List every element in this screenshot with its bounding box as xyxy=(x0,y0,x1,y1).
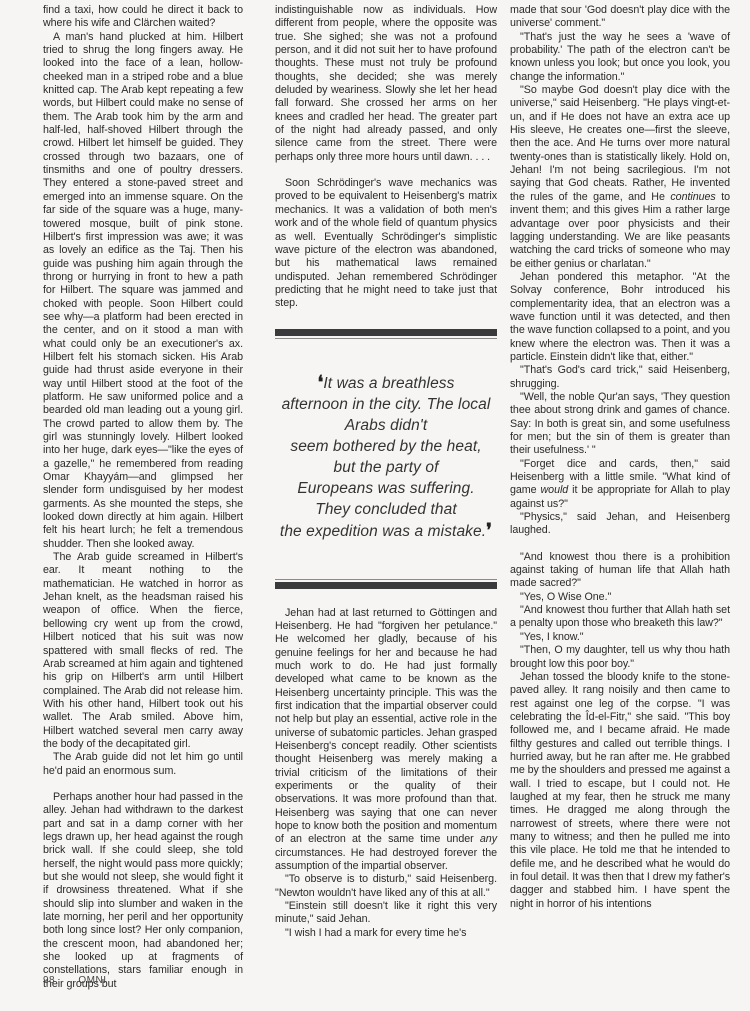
pullquote-line: the expedition was a mistake. xyxy=(280,523,486,540)
paragraph: find a taxi, how could he direct it back… xyxy=(43,4,243,31)
paragraph: "And knowest thou further that Allah hat… xyxy=(510,604,730,631)
text-run: Jehan had at last returned to Göttingen … xyxy=(275,607,497,846)
pullquote-line: Europeans was suffering. xyxy=(275,478,497,499)
paragraph: "Yes, O Wise One." xyxy=(510,591,730,604)
paragraph: A man's hand plucked at him. Hilbert tri… xyxy=(43,31,243,551)
pullquote-line: seem bothered by the heat, xyxy=(275,436,497,457)
paragraph: Jehan pondered this metaphor. "At the So… xyxy=(510,271,730,364)
page-footer: 98 OMNI xyxy=(43,975,127,986)
paragraph: The Arab guide did not let him go until … xyxy=(43,751,243,778)
paragraph: "And knowest thou there is a prohibition… xyxy=(510,551,730,591)
pullquote-line: They concluded that xyxy=(275,499,497,520)
pullquote-bottom-rule xyxy=(275,582,497,589)
close-quote-mark-icon: ❜ xyxy=(486,520,492,540)
paragraph: Jehan tossed the bloody knife to the sto… xyxy=(510,671,730,911)
page-number: 98 xyxy=(43,975,55,986)
paragraph: "Forget dice and cards, then," said Heis… xyxy=(510,458,730,511)
paragraph: "Well, the noble Qur'an says, 'They ques… xyxy=(510,391,730,458)
text-run: "So maybe God doesn't play dice with the… xyxy=(510,84,730,203)
emphasis: any xyxy=(480,833,497,845)
paragraph: "Then, O my daughter, tell us why thou h… xyxy=(510,644,730,671)
column-3: made that sour 'God doesn't play dice wi… xyxy=(510,4,730,911)
paragraph: "To observe is to disturb," said Heisenb… xyxy=(275,873,497,900)
pullquote-line: afternoon in the city. The local xyxy=(275,394,497,415)
paragraph: Perhaps another hour had passed in the a… xyxy=(43,791,243,991)
paragraph: indistinguishable now as individuals. Ho… xyxy=(275,4,497,164)
paragraph: "Physics," said Jehan, and Heisenberg la… xyxy=(510,511,730,538)
column-2: indistinguishable now as individuals. Ho… xyxy=(275,4,497,940)
pullquote-top-rule xyxy=(275,329,497,336)
paragraph: Jehan had at last returned to Göttingen … xyxy=(275,607,497,874)
paragraph: "That's just the way he sees a 'wave of … xyxy=(510,31,730,84)
paragraph: "Yes, I know." xyxy=(510,631,730,644)
pullquote-line: but the party of xyxy=(275,457,497,478)
paragraph: The Arab guide screamed in Hilbert's ear… xyxy=(43,551,243,751)
paragraph: "So maybe God doesn't play dice with the… xyxy=(510,84,730,271)
publication-name: OMNI xyxy=(78,975,106,986)
pullquote-line: It was a breathless xyxy=(323,375,454,392)
column-1: find a taxi, how could he direct it back… xyxy=(43,4,243,991)
paragraph: "That's God's card trick," said Heisenbe… xyxy=(510,364,730,391)
pullquote: ❛It was a breathless afternoon in the ci… xyxy=(275,336,497,582)
paragraph: made that sour 'God doesn't play dice wi… xyxy=(510,4,730,31)
paragraph: Soon Schrödinger's wave mechanics was pr… xyxy=(275,177,497,310)
pullquote-line: Arabs didn't xyxy=(275,415,497,436)
paragraph: "I wish I had a mark for every time he's xyxy=(275,927,497,940)
emphasis: would xyxy=(541,484,569,496)
emphasis: continues xyxy=(670,191,715,203)
text-run: circumstances. He had destroyed forever … xyxy=(275,847,497,872)
paragraph: "Einstein still doesn't like it right th… xyxy=(275,900,497,927)
